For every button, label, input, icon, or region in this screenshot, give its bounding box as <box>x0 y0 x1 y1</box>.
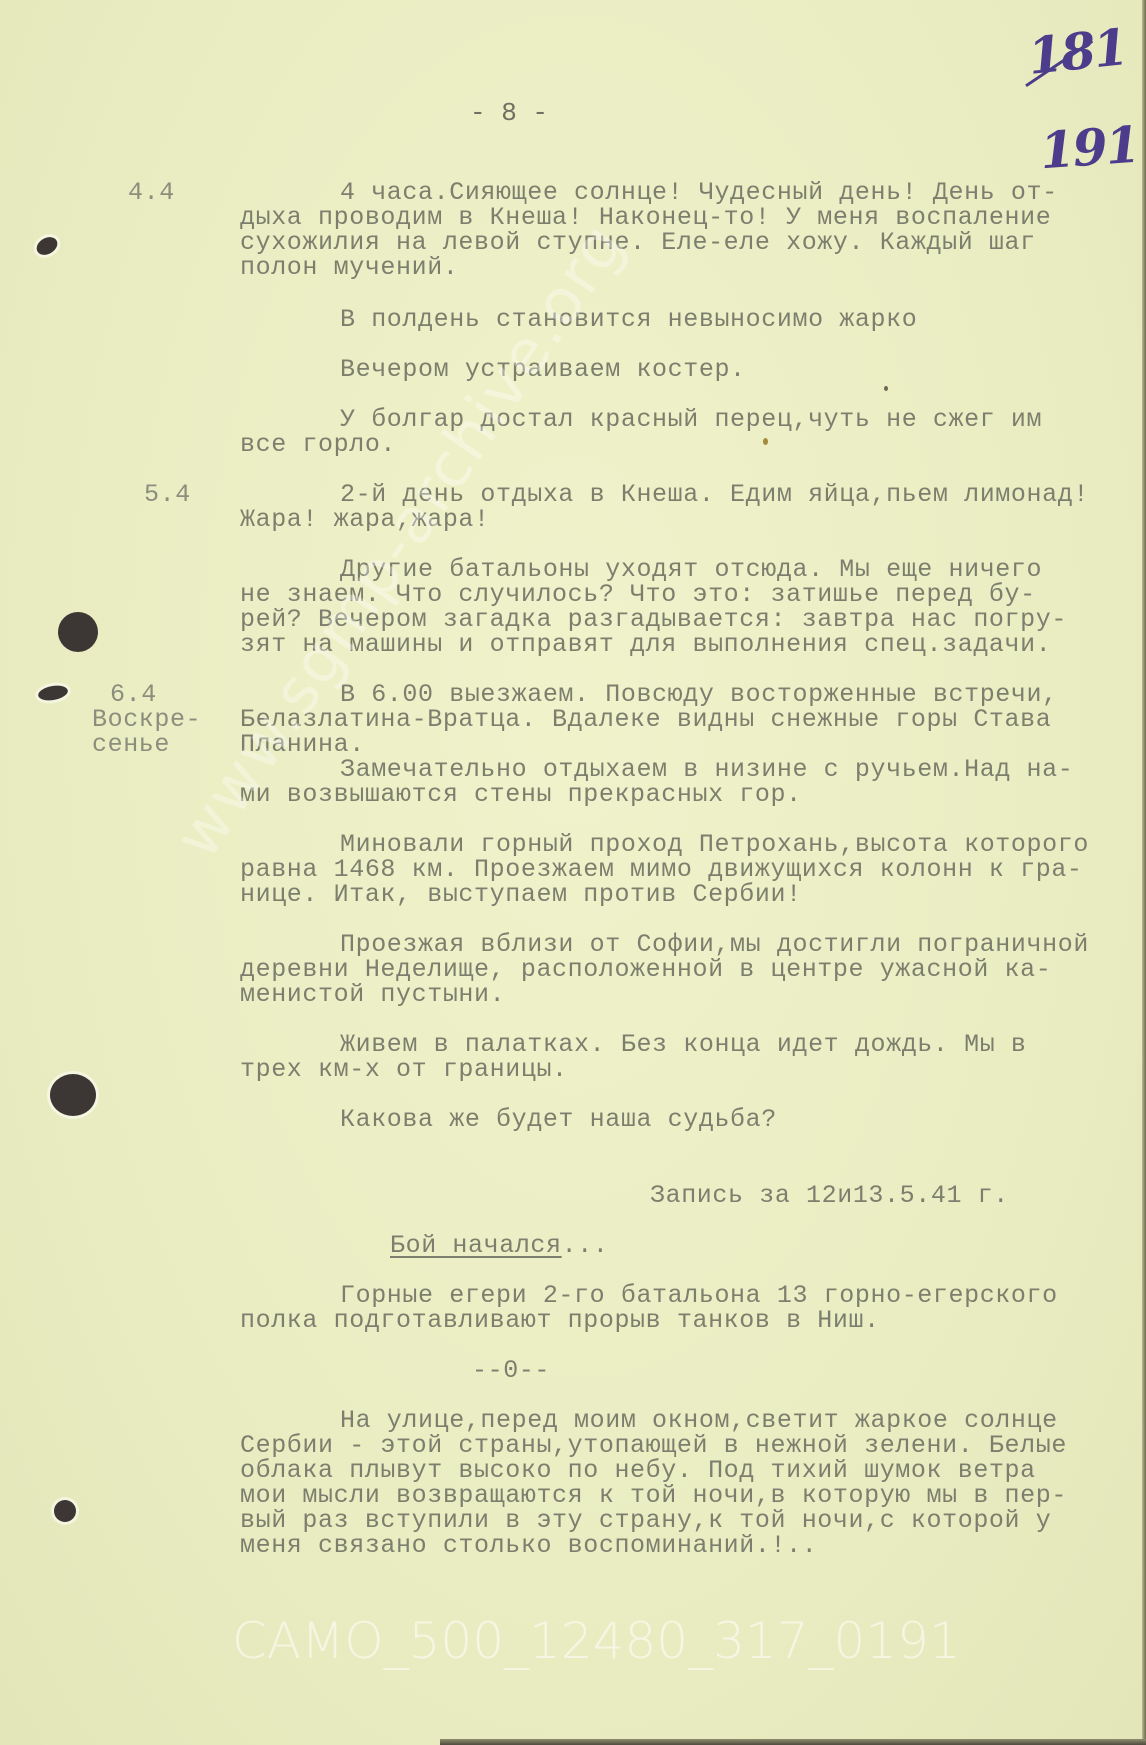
paragraph-line: Белазлатина-Вратца. Вдалеке видны снежны… <box>240 707 1051 732</box>
paragraph-line: трех км-х от границы. <box>240 1057 568 1082</box>
paragraph-line: меня связано столько воспоминаний.!.. <box>240 1533 817 1558</box>
paragraph-line: все горло. <box>240 432 396 457</box>
paragraph-line: В 6.00 выезжаем. Повсюду восторженные вс… <box>340 682 1058 707</box>
record-note: Запись за 12и13.5.41 г. <box>650 1183 1009 1208</box>
separator: --0-- <box>472 1358 550 1383</box>
entry-date: 5.4 <box>144 482 191 507</box>
page-edge-shadow-bottom <box>440 1739 1146 1745</box>
paragraph-line: Горные егери 2-го батальона 13 горно-еге… <box>340 1283 1058 1308</box>
paragraph-line: полон мучений. <box>240 255 458 280</box>
entry-date: 4.4 <box>128 180 175 205</box>
punch-hole <box>50 1074 96 1116</box>
paragraph-line: полка подготавливают прорыв танков в Ниш… <box>240 1308 880 1333</box>
page-number: - 8 - <box>470 98 548 128</box>
paragraph-line: ми возвышаются стены прекрасных гор. <box>240 782 802 807</box>
sheet-number-old: 181 <box>1025 17 1129 86</box>
paragraph-line: На улице,перед моим окном,светит жаркое … <box>340 1408 1058 1433</box>
sheet-number-new: 191 <box>1038 115 1140 181</box>
paragraph-line: дыха проводим в Кнеша! Наконец-то! У мен… <box>240 205 1051 230</box>
paragraph-line: Проезжая вблизи от Софии,мы достигли пог… <box>340 932 1089 957</box>
page-edge-shadow <box>1142 0 1146 1745</box>
paper-speck <box>763 438 768 445</box>
section-heading-text: Бой начался <box>390 1231 562 1260</box>
entry-date: 6.4 <box>110 682 157 707</box>
paragraph-line: Живем в палатках. Без конца идет дождь. … <box>340 1032 1027 1057</box>
paper-speck <box>884 386 888 391</box>
paragraph-line: 4 часа.Сияющее солнце! Чудесный день! Де… <box>340 180 1058 205</box>
section-heading: Бой начался... <box>390 1233 608 1258</box>
paragraph-line: Какова же будет наша судьба? <box>340 1107 777 1132</box>
paragraph-line: мои мысли возвращаются к той ночи,в кото… <box>240 1483 1067 1508</box>
paragraph-line: В полдень становится невыносимо жарко <box>340 307 917 332</box>
entry-date-note: сенье <box>92 732 170 757</box>
paragraph-line: облака плывут высоко по небу. Под тихий … <box>240 1458 1036 1483</box>
paragraph-line: деревни Неделище, расположенной в центре… <box>240 957 1051 982</box>
paragraph-line: равна 1468 км. Проезжаем мимо движущихся… <box>240 857 1083 882</box>
paragraph-line: вый раз вступили в эту страну,к той ночи… <box>240 1508 1051 1533</box>
punch-hole <box>54 1500 76 1522</box>
entry-date-note: Воскре- <box>92 707 201 732</box>
paragraph-line: Сербии - этой страны,утопающей в нежной … <box>240 1433 1067 1458</box>
punch-hole <box>58 612 98 652</box>
paragraph-line: менистой пустыни. <box>240 982 505 1007</box>
paragraph-line: Другие батальоны уходят отсюда. Мы еще н… <box>340 557 1042 582</box>
paragraph-line: Миновали горный проход Петрохань,высота … <box>340 832 1089 857</box>
watermark-archive-id: CAMO_500_12480_317_0191 <box>232 1612 961 1670</box>
paragraph-line: нице. Итак, выступаем против Сербии! <box>240 882 802 907</box>
section-heading-ellipsis: ... <box>562 1231 609 1260</box>
paragraph-line: Замечательно отдыхаем в низине с ручьем.… <box>340 757 1073 782</box>
